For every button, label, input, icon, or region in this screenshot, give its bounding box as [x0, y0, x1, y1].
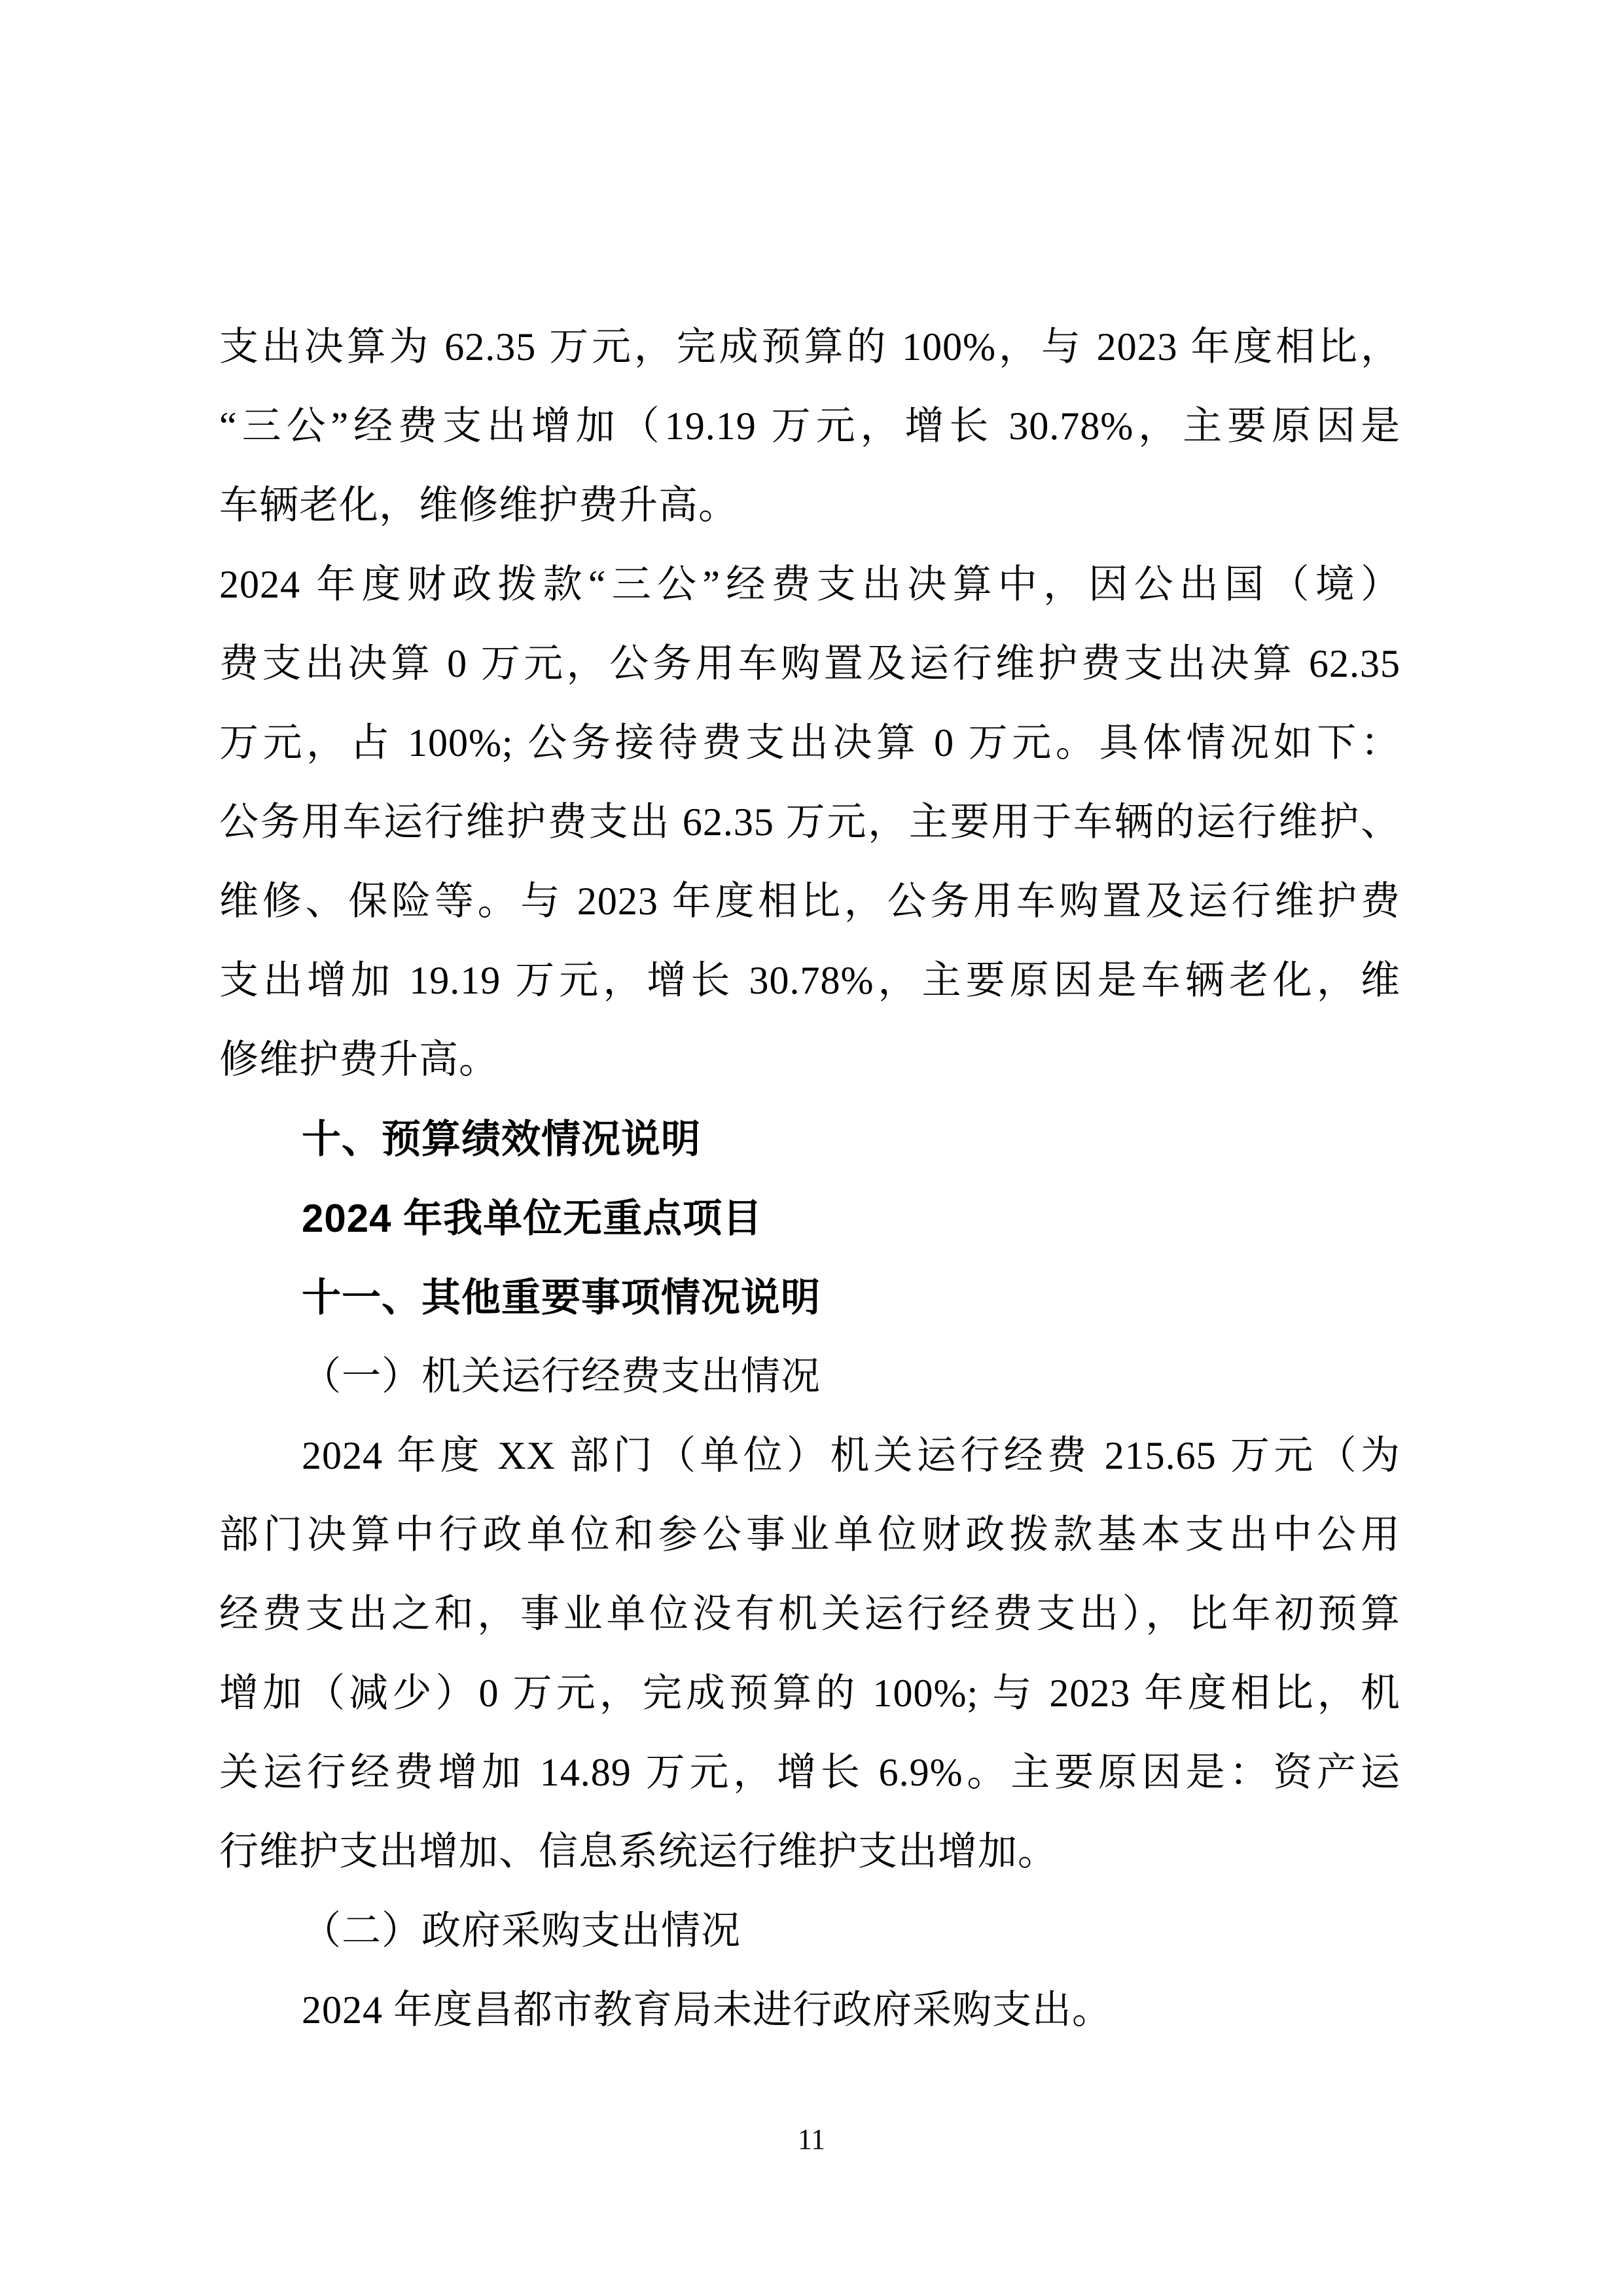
- page-number: 11: [0, 2125, 1623, 2154]
- text-line-body: 维修、保险等。与 2023 年度相比，公务用车购置及运行维护费: [219, 862, 1400, 941]
- text-line-body: 2024 年度财政拨款“三公”经费支出决算中，因公出国（境）: [219, 545, 1400, 624]
- text-line-kai: （一）机关运行经费支出情况: [219, 1337, 1400, 1416]
- text-line-body: 修维护费升高。: [219, 1020, 1400, 1100]
- text-line-body: 部门决算中行政单位和参公事业单位财政拨款基本支出中公用: [219, 1496, 1400, 1575]
- text-line-body: 公务用车运行维护费支出 62.35 万元，主要用于车辆的运行维护、: [219, 783, 1400, 862]
- text-line-body: 行维护支出增加、信息系统运行维护支出增加。: [219, 1812, 1400, 1892]
- text-line-body: 费支出决算 0 万元，公务用车购置及运行维护费支出决算 62.35: [219, 624, 1400, 704]
- text-line-body: 关运行经费增加 14.89 万元，增长 6.9%。主要原因是：资产运: [219, 1733, 1400, 1812]
- text-line-body: “三公”经费支出增加（19.19 万元，增长 30.78%，主要原因是: [219, 387, 1400, 466]
- document-body: 支出决算为 62.35 万元，完成预算的 100%，与 2023 年度相比，“三…: [219, 308, 1400, 2050]
- text-line-body: 支出决算为 62.35 万元，完成预算的 100%，与 2023 年度相比，: [219, 308, 1400, 387]
- text-line-body: 车辆老化，维修维护费升高。: [219, 466, 1400, 545]
- text-line-body: 2024 年度 XX 部门（单位）机关运行经费 215.65 万元（为: [219, 1416, 1400, 1496]
- text-line-body: 2024 年度昌都市教育局未进行政府采购支出。: [219, 1971, 1400, 2050]
- text-line-heading: 2024 年我单位无重点项目: [219, 1179, 1400, 1258]
- text-line-body: 支出增加 19.19 万元，增长 30.78%，主要原因是车辆老化，维: [219, 941, 1400, 1020]
- text-line-body: 万元，占 100%; 公务接待费支出决算 0 万元。具体情况如下：: [219, 704, 1400, 783]
- text-line-body: 增加（减少）0 万元，完成预算的 100%; 与 2023 年度相比，机: [219, 1654, 1400, 1733]
- text-line-body: 经费支出之和，事业单位没有机关运行经费支出），比年初预算: [219, 1575, 1400, 1654]
- text-line-heading: 十一、其他重要事项情况说明: [219, 1258, 1400, 1337]
- text-line-heading: 十、预算绩效情况说明: [219, 1100, 1400, 1179]
- document-page: 支出决算为 62.35 万元，完成预算的 100%，与 2023 年度相比，“三…: [0, 0, 1623, 2296]
- text-line-kai: （二）政府采购支出情况: [219, 1892, 1400, 1971]
